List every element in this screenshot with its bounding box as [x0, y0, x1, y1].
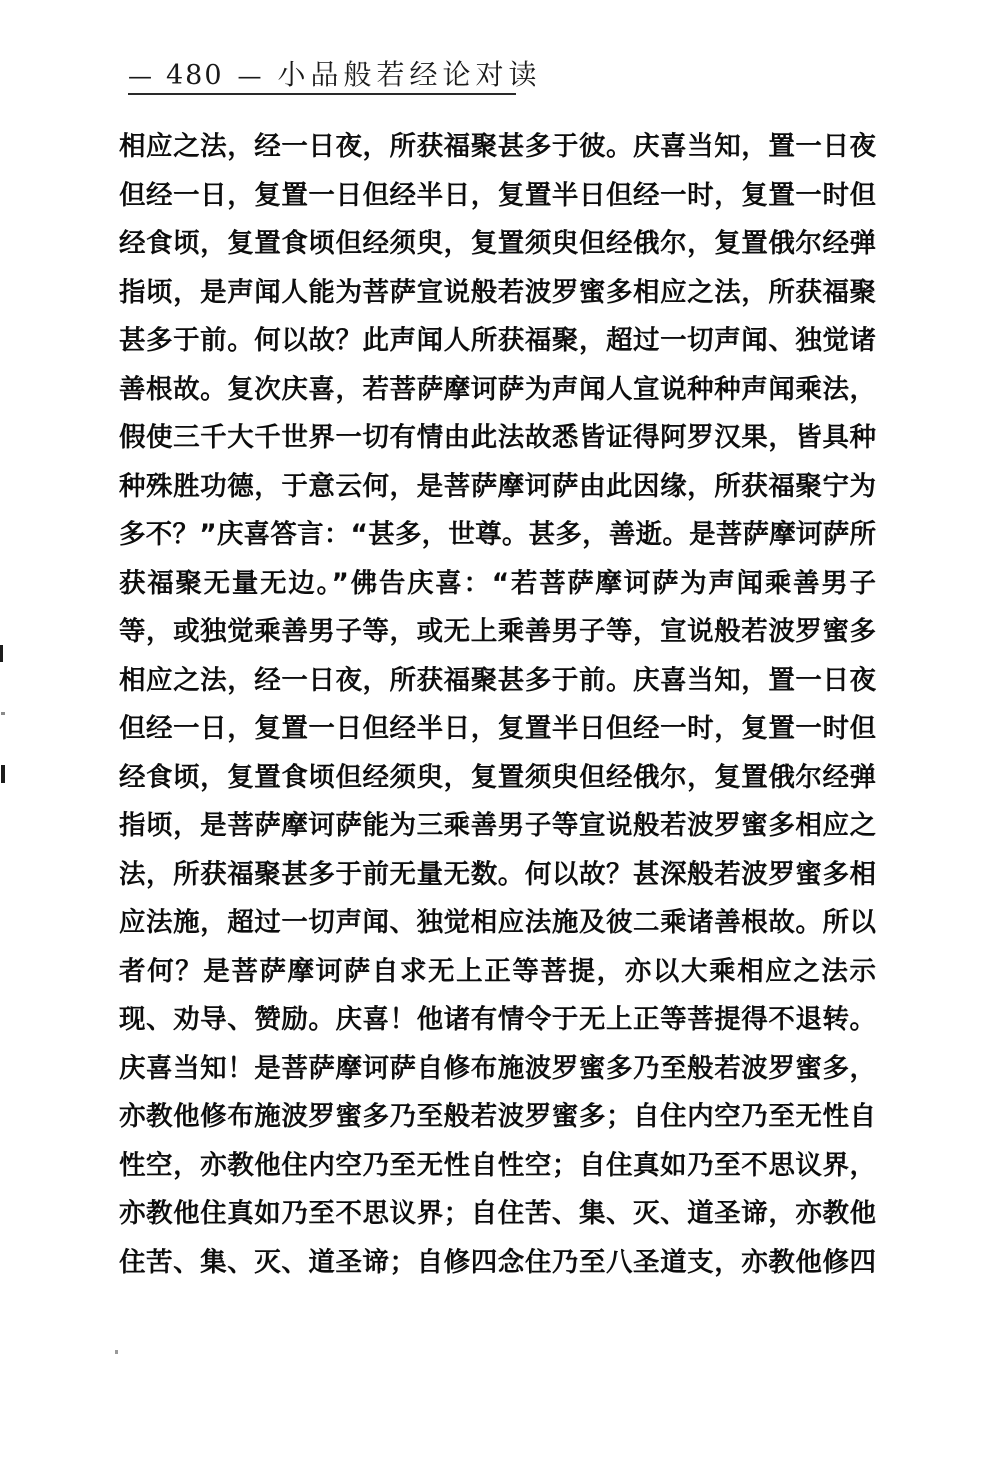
text-line: 指顷，是声闻人能为菩萨宣说般若波罗蜜多相应之法，所获福聚	[119, 269, 876, 318]
text-line: 等，或独觉乘善男子等，或无上乘善男子等，宣说般若波罗蜜多	[119, 608, 876, 657]
scan-artifact	[1, 712, 5, 715]
scan-artifact	[1, 765, 5, 783]
text-line: 住苦、集、灭、道圣谛；自修四念住乃至八圣道支，亦教他修四	[119, 1239, 876, 1288]
text-line: 多不？”庆喜答言：“甚多，世尊。甚多，善逝。是菩萨摩诃萨所	[119, 511, 876, 560]
header-dash-left: —	[128, 63, 152, 89]
scanned-book-page: — 480 — 小品般若经论对读 相应之法，经一日夜，所获福聚甚多于彼。庆喜当知…	[0, 0, 982, 1464]
page-number: 480	[166, 62, 224, 89]
page-header: — 480 — 小品般若经论对读	[128, 58, 516, 95]
text-line: 但经一日，复置一日但经半日，复置半日但经一时，复置一时但	[119, 172, 876, 221]
text-line: 法，所获福聚甚多于前无量无数。何以故？甚深般若波罗蜜多相	[119, 851, 876, 900]
text-line: 善根故。复次庆喜，若菩萨摩诃萨为声闻人宣说种种声闻乘法，	[119, 366, 876, 415]
text-line: 种殊胜功德，于意云何，是菩萨摩诃萨由此因缘，所获福聚宁为	[119, 463, 876, 512]
text-line: 庆喜当知！是菩萨摩诃萨自修布施波罗蜜多乃至般若波罗蜜多，	[119, 1045, 876, 1094]
book-title: 小品般若经论对读	[278, 60, 542, 89]
body-text: 相应之法，经一日夜，所获福聚甚多于彼。庆喜当知，置一日夜 但经一日，复置一日但经…	[119, 123, 876, 1287]
text-line: 现、劝导、赞励。庆喜！他诸有情令于无上正等菩提得不退转。	[119, 996, 876, 1045]
scan-artifact	[0, 645, 3, 662]
text-line: 甚多于前。何以故？此声闻人所获福聚，超过一切声闻、独觉诸	[119, 317, 876, 366]
text-line: 经食顷，复置食顷但经须臾，复置须臾但经俄尔，复置俄尔经弹	[119, 220, 876, 269]
text-line: 相应之法，经一日夜，所获福聚甚多于彼。庆喜当知，置一日夜	[119, 123, 876, 172]
text-line: 亦教他住真如乃至不思议界；自住苦、集、灭、道圣谛，亦教他	[119, 1190, 876, 1239]
text-line: 亦教他修布施波罗蜜多乃至般若波罗蜜多；自住内空乃至无性自	[119, 1093, 876, 1142]
text-line: 应法施，超过一切声闻、独觉相应法施及彼二乘诸善根故。所以	[119, 899, 876, 948]
text-line: 假使三千大千世界一切有情由此法故悉皆证得阿罗汉果，皆具种	[119, 414, 876, 463]
text-line: 性空，亦教他住内空乃至无性自性空；自住真如乃至不思议界，	[119, 1142, 876, 1191]
header-dash-right: —	[238, 63, 262, 89]
text-line: 但经一日，复置一日但经半日，复置半日但经一时，复置一时但	[119, 705, 876, 754]
scan-artifact	[115, 1350, 118, 1354]
text-line: 者何？是菩萨摩诃萨自求无上正等菩提，亦以大乘相应之法示	[119, 948, 876, 997]
text-line: 经食顷，复置食顷但经须臾，复置须臾但经俄尔，复置俄尔经弹	[119, 754, 876, 803]
text-line: 相应之法，经一日夜，所获福聚甚多于前。庆喜当知，置一日夜	[119, 657, 876, 706]
text-line: 获福聚无量无边。”佛告庆喜：“若菩萨摩诃萨为声闻乘善男子	[119, 560, 876, 609]
text-line: 指顷，是菩萨摩诃萨能为三乘善男子等宣说般若波罗蜜多相应之	[119, 802, 876, 851]
